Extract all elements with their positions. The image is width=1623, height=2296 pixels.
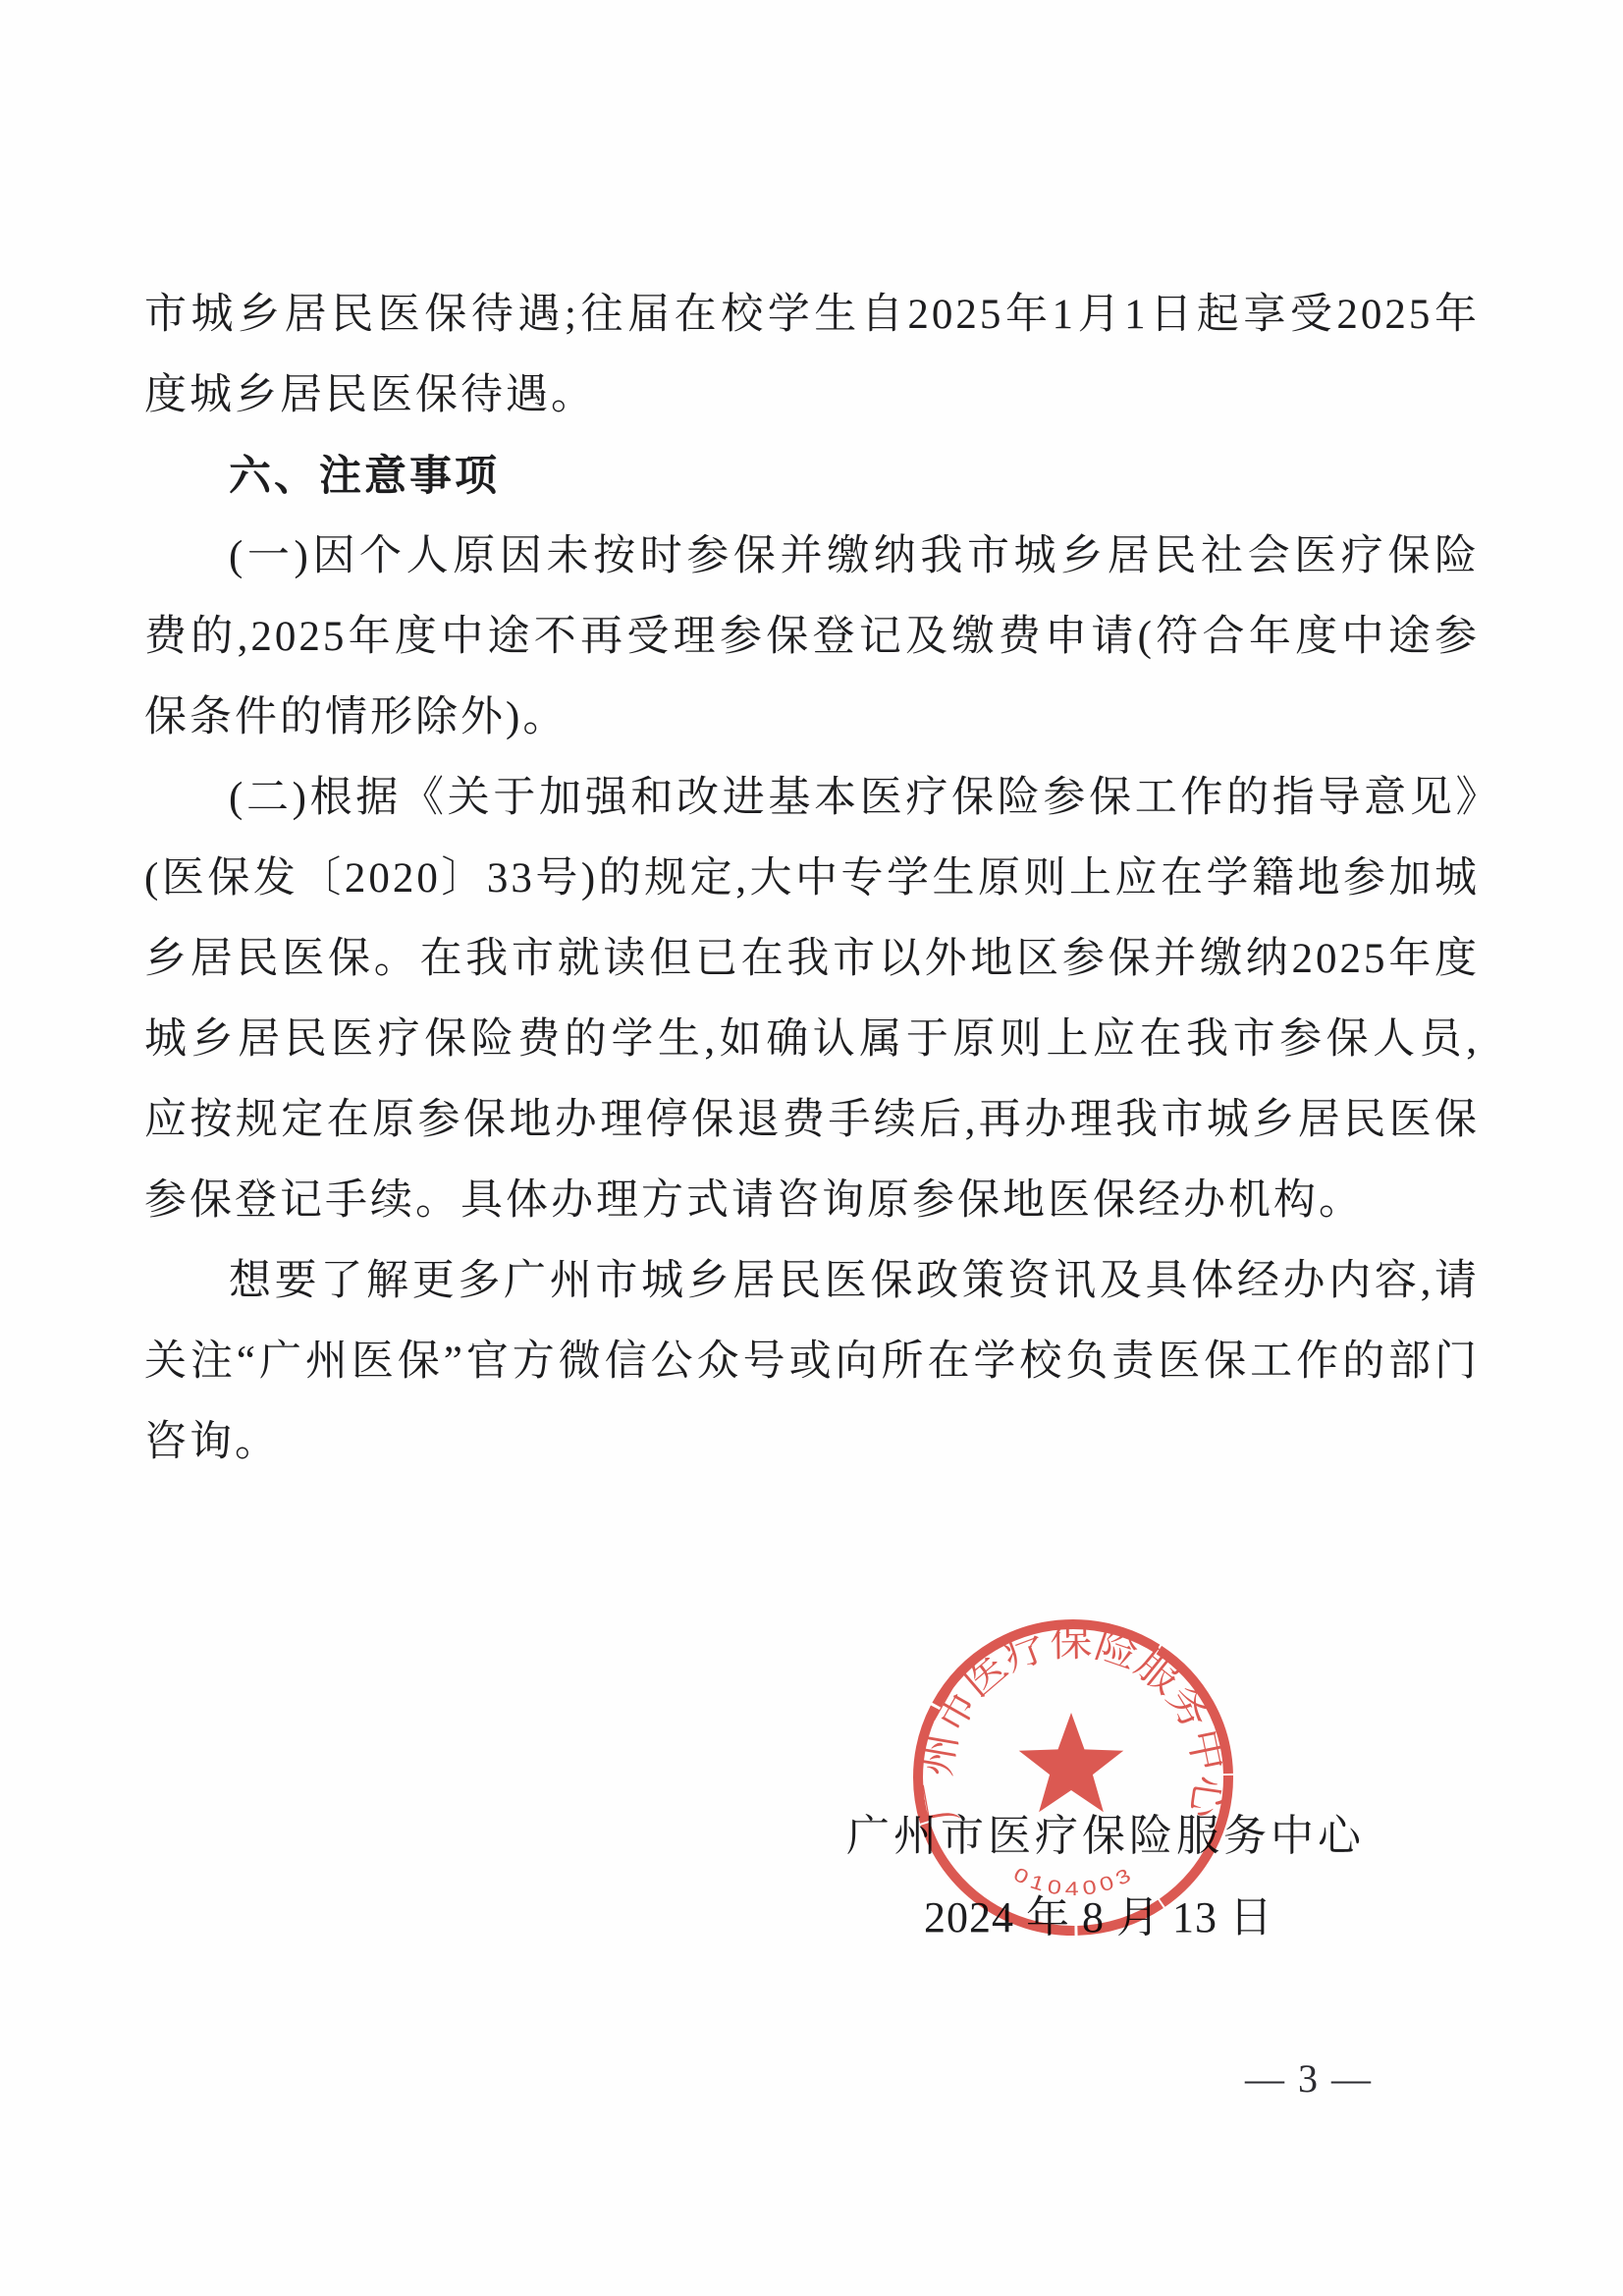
paragraph-continuation: 市城乡居民医保待遇;往届在校学生自2025年1月1日起享受2025年度城乡居民医… <box>144 275 1480 436</box>
paragraph-note-2: (二)根据《关于加强和改进基本医疗保险参保工作的指导意见》(医保发〔2020〕3… <box>144 758 1480 1241</box>
paragraph-note-1: (一)因个人原因未按时参保并缴纳我市城乡居民社会医疗保险费的,2025年度中途不… <box>144 517 1480 758</box>
paragraph-info: 想要了解更多广州市城乡居民医保政策资讯及具体经办内容,请关注“广州医保”官方微信… <box>144 1241 1480 1483</box>
document-page: 市城乡居民医保待遇;往届在校学生自2025年1月1日起享受2025年度城乡居民医… <box>0 0 1623 2296</box>
document-body: 市城乡居民医保待遇;往届在校学生自2025年1月1日起享受2025年度城乡居民医… <box>144 275 1480 1483</box>
star-icon <box>1019 1713 1124 1812</box>
section-heading: 六、注意事项 <box>144 436 1480 517</box>
page-number: — 3 — <box>1245 2055 1373 2102</box>
official-seal: 广州市医疗保险服务中心 0104003461 <box>906 1613 1240 1946</box>
